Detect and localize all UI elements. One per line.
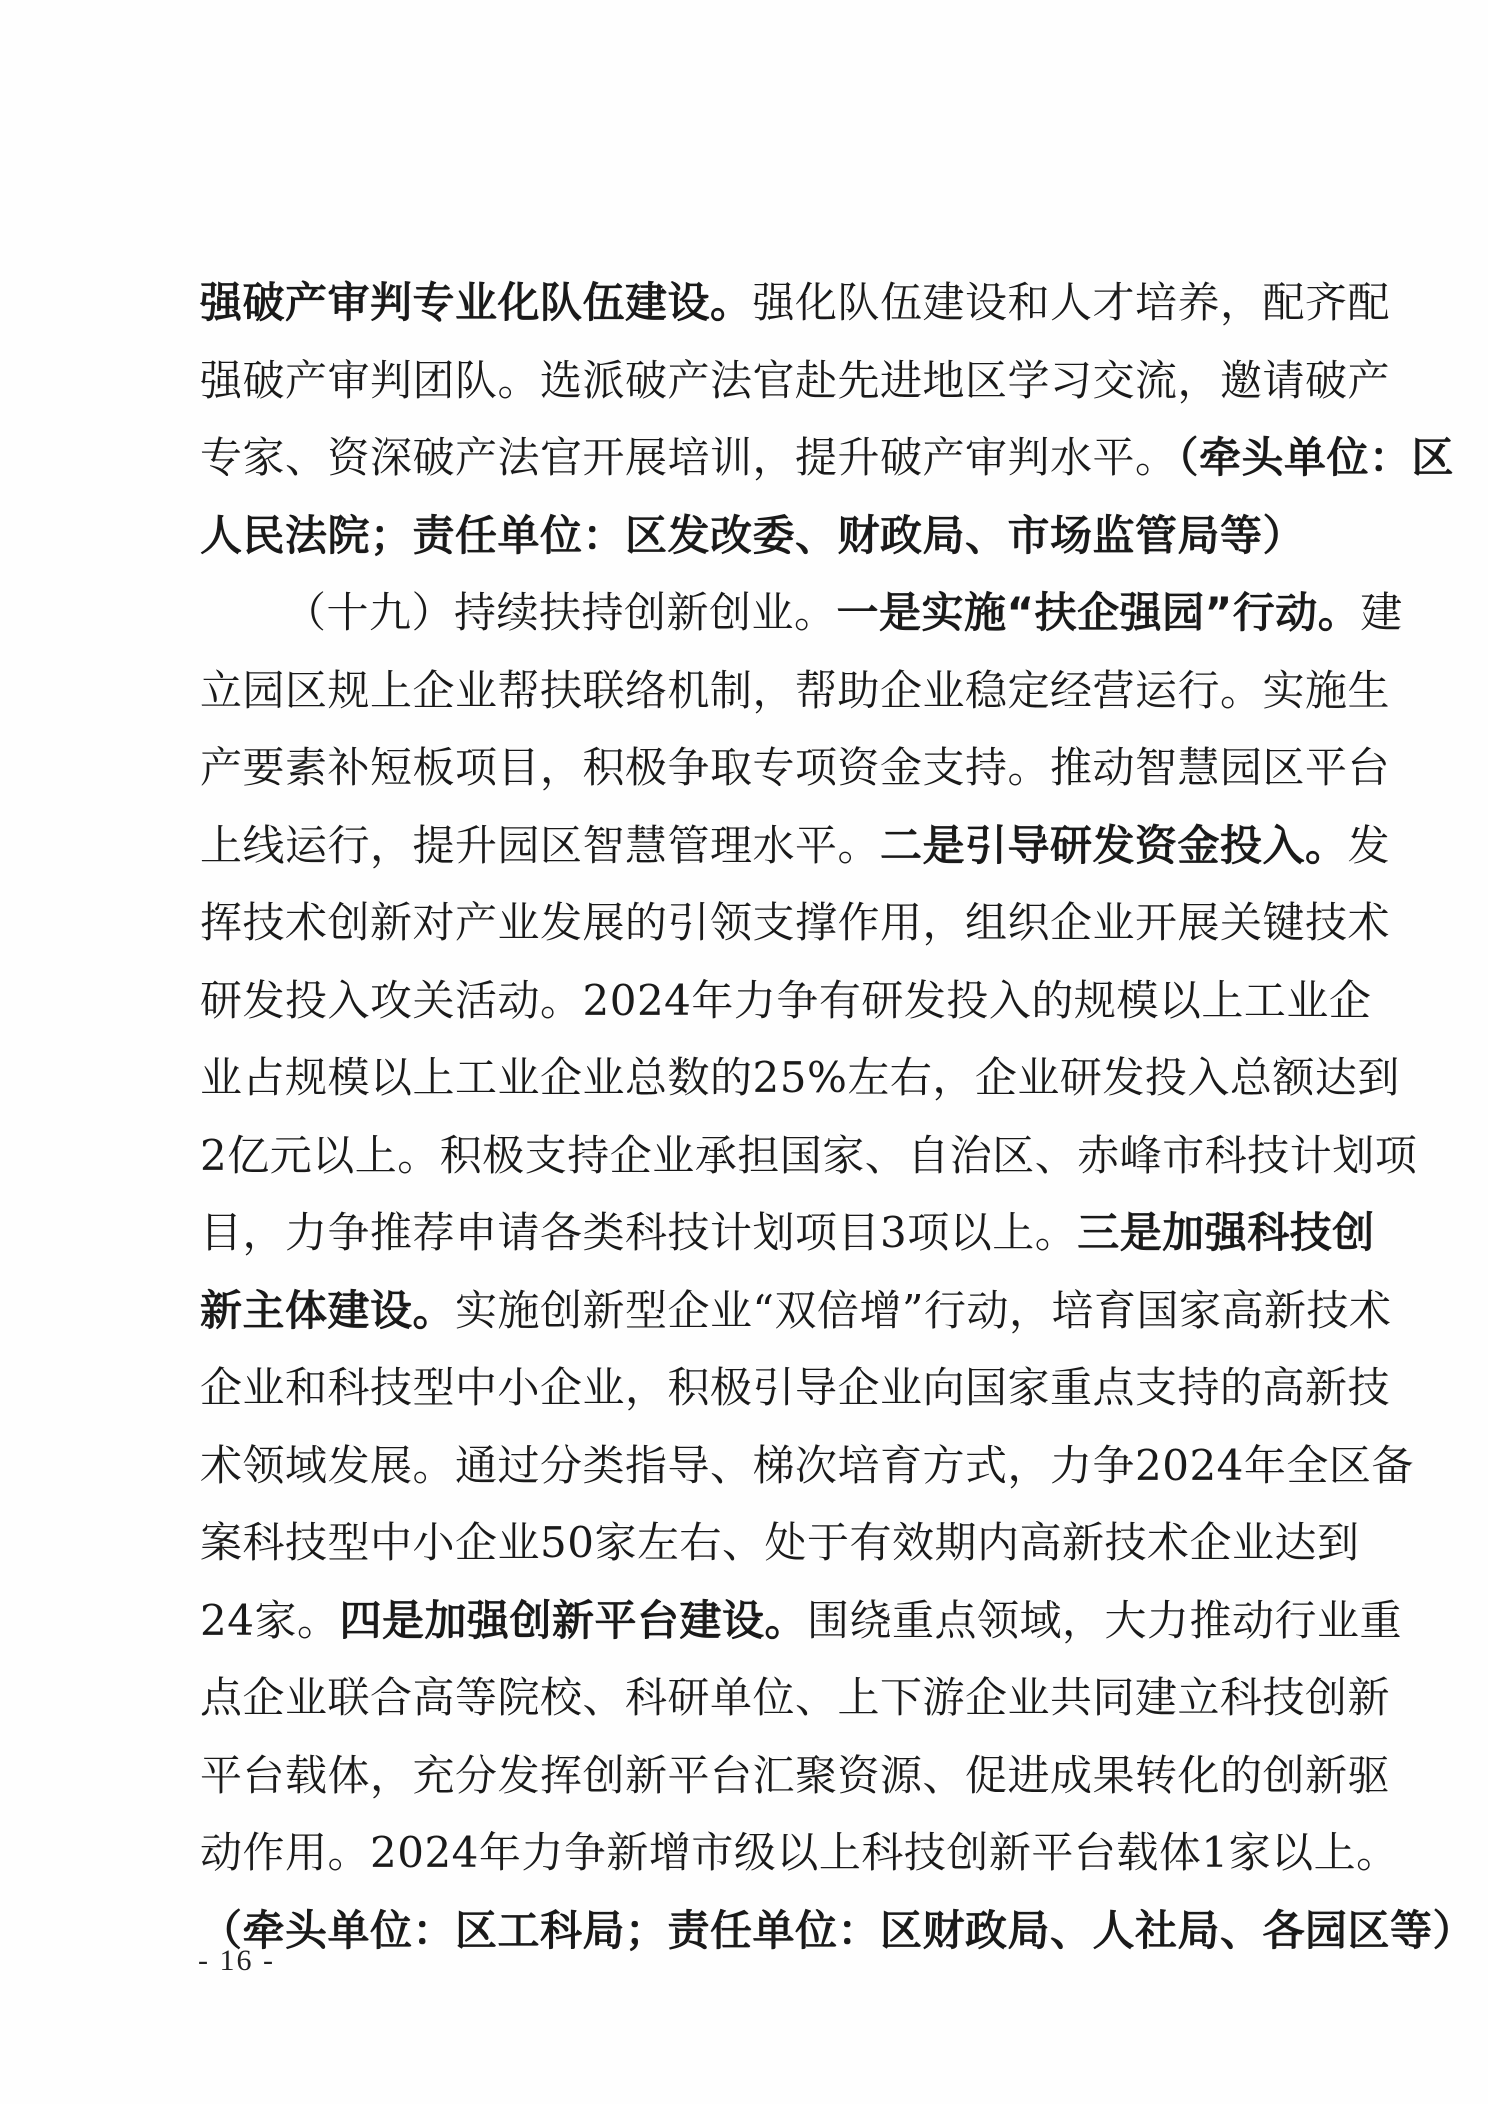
bold-heading-text: 二是引导研发资金投入。 xyxy=(880,821,1348,870)
body-text: 业占规模以上工业企业总数的25%左右，企业研发投入总额达到 xyxy=(200,1053,1400,1102)
text-line: 2亿元以上。积极支持企业承担国家、自治区、赤峰市科技计划项 xyxy=(200,1117,1300,1195)
page-number: - 16 - xyxy=(198,1944,275,1978)
body-text: 平台载体，充分发挥创新平台汇聚资源、促进成果转化的创新驱 xyxy=(200,1751,1390,1800)
paragraph-bankruptcy-team: 强破产审判专业化队伍建设。强化队伍建设和人才培养，配齐配 强破产审判团队。选派破… xyxy=(200,264,1300,574)
text-line: 案科技型中小企业50家左右、处于有效期内高新技术企业达到 xyxy=(200,1504,1300,1582)
text-line: 新主体建设。实施创新型企业“双倍增”行动，培育国家高新技术 xyxy=(200,1272,1300,1350)
body-text: 动作用。2024年力争新增市级以上科技创新平台载体1家以上。 xyxy=(200,1828,1399,1877)
body-text: 术领域发展。通过分类指导、梯次培育方式，力争2024年全区备 xyxy=(200,1441,1414,1490)
body-text: 产要素补短板项目，积极争取专项资金支持。推动智慧园区平台 xyxy=(200,743,1390,792)
body-text: 立园区规上企业帮扶联络机制，帮助企业稳定经营运行。实施生 xyxy=(200,666,1390,715)
text-line: 专家、资深破产法官开展培训，提升破产审判水平。（牵头单位：区 xyxy=(200,419,1300,497)
text-line: 强破产审判专业化队伍建设。强化队伍建设和人才培养，配齐配 xyxy=(200,264,1300,342)
body-text: 24家。 xyxy=(200,1596,339,1645)
bold-heading-text: 三是加强科技创 xyxy=(1077,1208,1375,1257)
body-text: 研发投入攻关活动。2024年力争有研发投入的规模以上工业企 xyxy=(200,976,1371,1025)
text-line: 术领域发展。通过分类指导、梯次培育方式，力争2024年全区备 xyxy=(200,1427,1300,1505)
paragraph-innovation-entrepreneurship: （十九）持续扶持创新创业。一是实施“扶企强园”行动。建 立园区规上企业帮扶联络机… xyxy=(200,574,1300,1969)
bold-heading-text: 四是加强创新平台建设。 xyxy=(339,1596,807,1645)
text-line: 动作用。2024年力争新增市级以上科技创新平台载体1家以上。 xyxy=(200,1814,1300,1892)
text-line: 立园区规上企业帮扶联络机制，帮助企业稳定经营运行。实施生 xyxy=(200,652,1300,730)
body-text: 上线运行，提升园区智慧管理水平。 xyxy=(200,821,880,870)
body-text: 强化队伍建设和人才培养，配齐配 xyxy=(753,278,1391,327)
body-text: 专家、资深破产法官开展培训，提升破产审判水平。 xyxy=(200,433,1178,482)
text-line: （十九）持续扶持创新创业。一是实施“扶企强园”行动。建 xyxy=(200,574,1300,652)
text-line: 挥技术创新对产业发展的引领支撑作用，组织企业开展关键技术 xyxy=(200,884,1300,962)
body-text: 企业和科技型中小企业，积极引导企业向国家重点支持的高新技 xyxy=(200,1363,1390,1412)
document-body: 强破产审判专业化队伍建设。强化队伍建设和人才培养，配齐配 强破产审判团队。选派破… xyxy=(200,264,1300,1969)
responsible-units-text: （牵头单位：区工科局；责任单位：区财政局、人社局、各园区等） xyxy=(200,1906,1475,1955)
text-line: 点企业联合高等院校、科研单位、上下游企业共同建立科技创新 xyxy=(200,1659,1300,1737)
text-line: 产要素补短板项目，积极争取专项资金支持。推动智慧园区平台 xyxy=(200,729,1300,807)
text-line: 业占规模以上工业企业总数的25%左右，企业研发投入总额达到 xyxy=(200,1039,1300,1117)
body-text: 挥技术创新对产业发展的引领支撑作用，组织企业开展关键技术 xyxy=(200,898,1390,947)
responsible-units-text: （牵头单位：区 xyxy=(1178,433,1455,482)
document-page: 强破产审判专业化队伍建设。强化队伍建设和人才培养，配齐配 强破产审判团队。选派破… xyxy=(0,0,1488,2104)
bold-heading-text: 一是实施“扶企强园”行动。 xyxy=(837,588,1361,637)
body-text: 实施创新型企业“双倍增”行动，培育国家高新技术 xyxy=(455,1286,1391,1335)
section-heading-text: （十九）持续扶持创新创业。 xyxy=(284,588,837,637)
body-text: 强破产审判团队。选派破产法官赴先进地区学习交流，邀请破产 xyxy=(200,356,1390,405)
text-line: 目，力争推荐申请各类科技计划项目3项以上。三是加强科技创 xyxy=(200,1194,1300,1272)
body-text: 围绕重点领域，大力推动行业重 xyxy=(807,1596,1402,1645)
responsible-units-text: 人民法院；责任单位：区发改委、财政局、市场监管局等） xyxy=(200,511,1305,560)
body-text: 案科技型中小企业50家左右、处于有效期内高新技术企业达到 xyxy=(200,1518,1359,1567)
text-line: 平台载体，充分发挥创新平台汇聚资源、促进成果转化的创新驱 xyxy=(200,1737,1300,1815)
text-line: 人民法院；责任单位：区发改委、财政局、市场监管局等） xyxy=(200,497,1300,575)
bold-heading-text: 强破产审判专业化队伍建设。 xyxy=(200,278,753,327)
body-text: 点企业联合高等院校、科研单位、上下游企业共同建立科技创新 xyxy=(200,1673,1390,1722)
bold-heading-text: 新主体建设。 xyxy=(200,1286,455,1335)
body-text: 发 xyxy=(1348,821,1391,870)
text-line: 上线运行，提升园区智慧管理水平。二是引导研发资金投入。发 xyxy=(200,807,1300,885)
body-text: 目，力争推荐申请各类科技计划项目3项以上。 xyxy=(200,1208,1077,1257)
text-line: 企业和科技型中小企业，积极引导企业向国家重点支持的高新技 xyxy=(200,1349,1300,1427)
text-line: 研发投入攻关活动。2024年力争有研发投入的规模以上工业企 xyxy=(200,962,1300,1040)
text-line: 24家。四是加强创新平台建设。围绕重点领域，大力推动行业重 xyxy=(200,1582,1300,1660)
text-line: 强破产审判团队。选派破产法官赴先进地区学习交流，邀请破产 xyxy=(200,342,1300,420)
body-text: 建 xyxy=(1360,588,1403,637)
body-text: 2亿元以上。积极支持企业承担国家、自治区、赤峰市科技计划项 xyxy=(200,1131,1417,1180)
text-line: （牵头单位：区工科局；责任单位：区财政局、人社局、各园区等） xyxy=(200,1892,1300,1970)
